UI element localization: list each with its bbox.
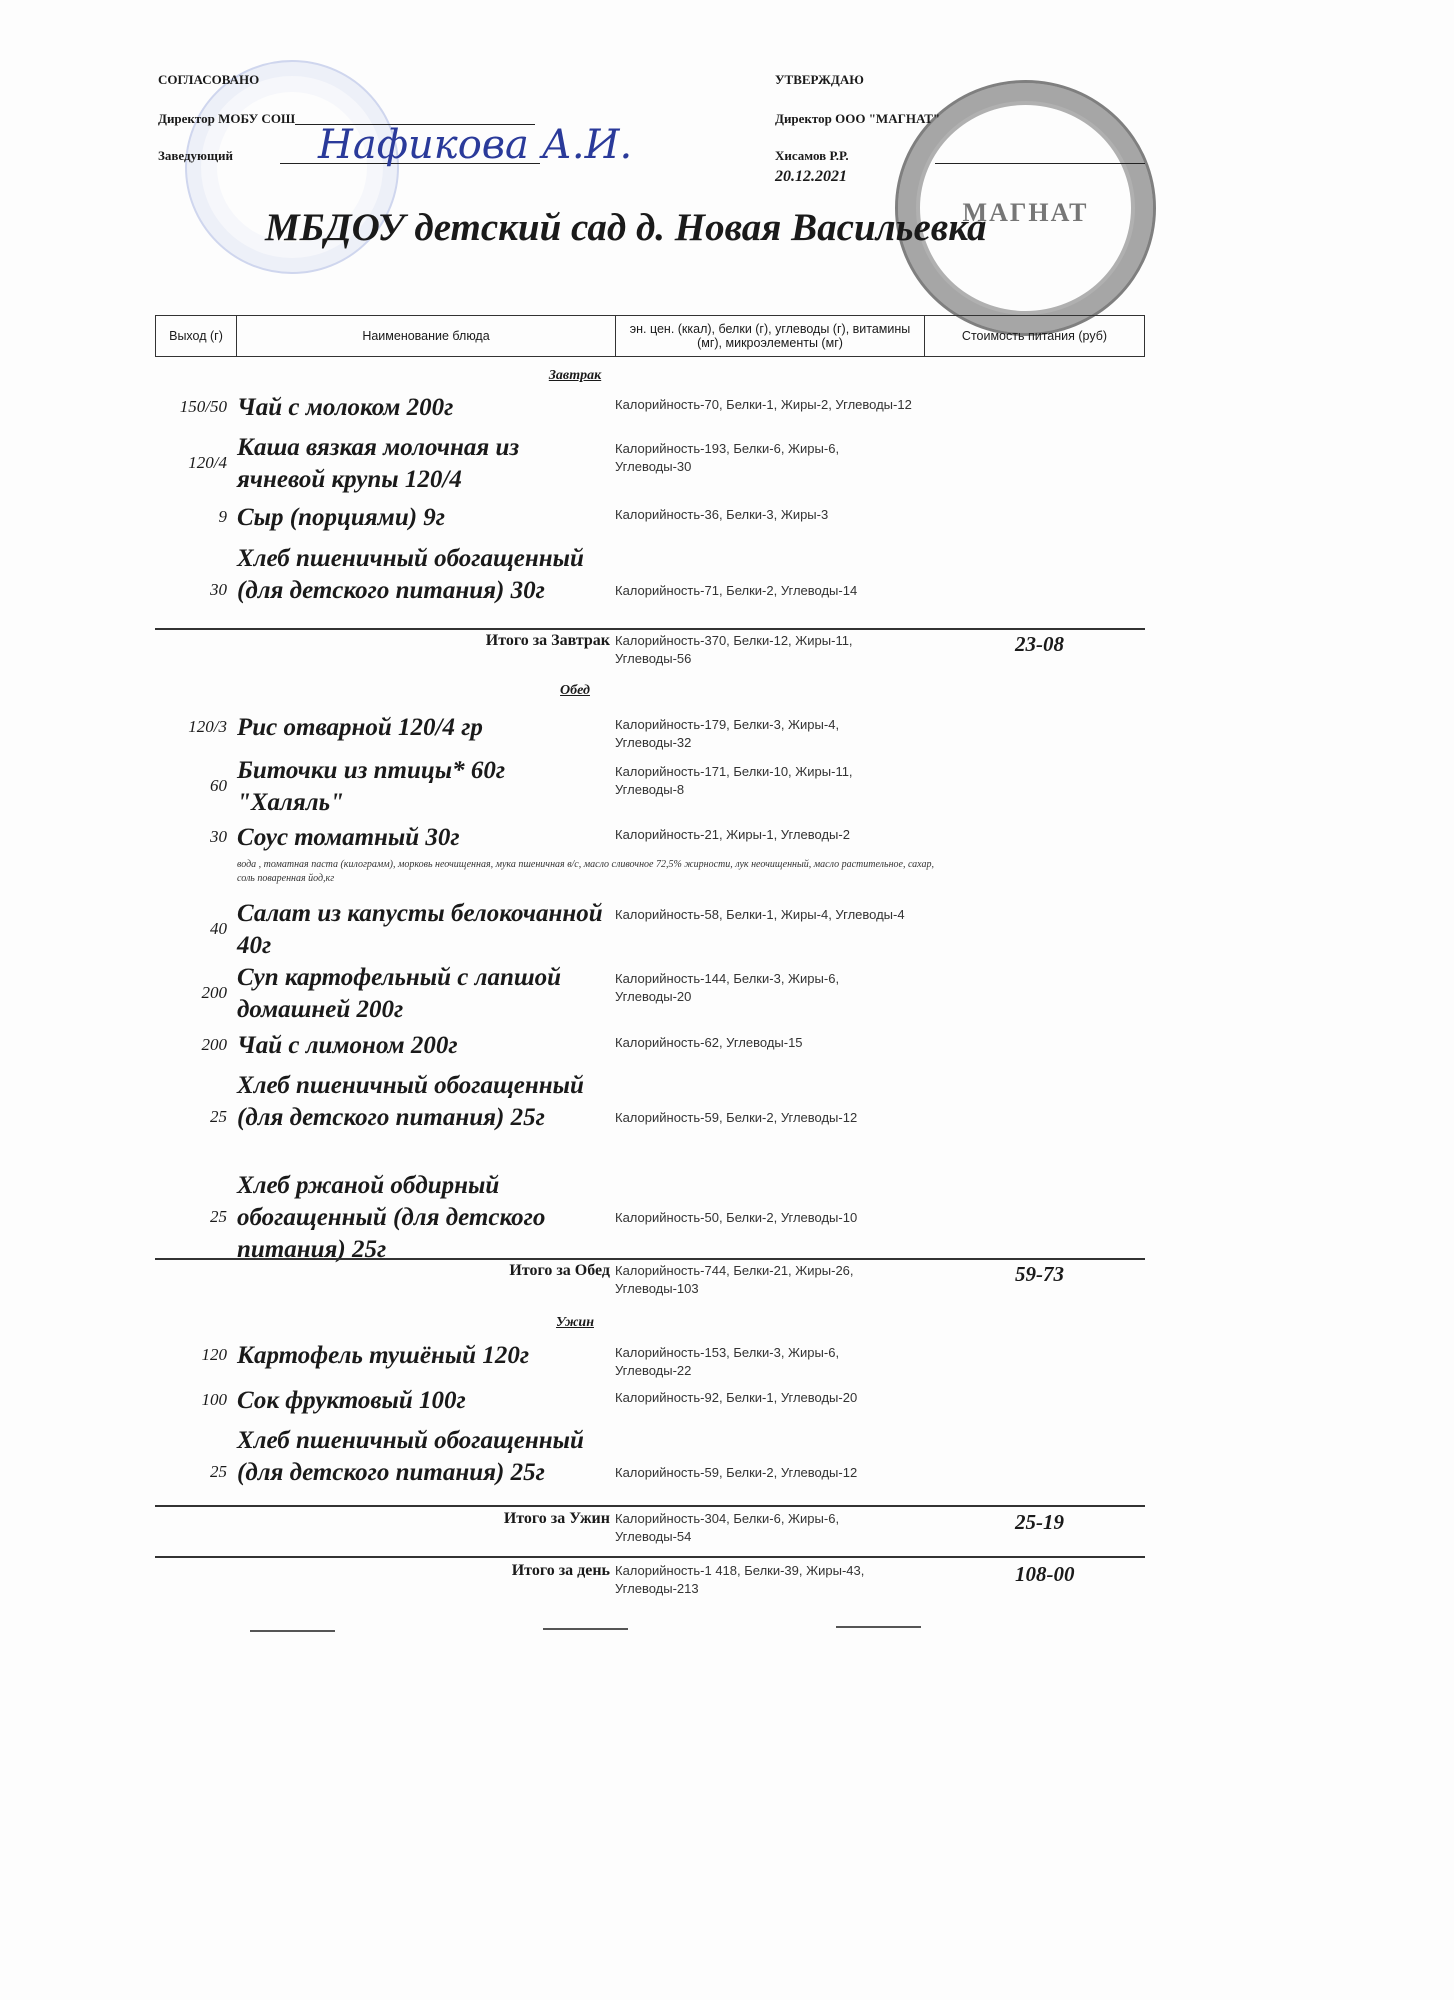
item-yield: 25 (155, 1207, 227, 1227)
menu-table-header: Выход (г) Наименование блюда эн. цен. (к… (155, 315, 1145, 357)
menu-item-row: 120/3Рис отварной 120/4 грКалорийность-1… (155, 712, 1145, 744)
item-nutrition: Калорийность-171, Белки-10, Жиры-11, Угл… (615, 763, 915, 799)
signature: Нафикова А.И. (318, 122, 632, 168)
item-nutrition: Калорийность-59, Белки-2, Углеводы-12 (615, 1109, 915, 1127)
item-yield: 120/4 (155, 453, 227, 473)
menu-item-row: 120Картофель тушёный 120гКалорийность-15… (155, 1340, 1145, 1372)
header-dish: Наименование блюда (237, 316, 616, 357)
menu-item-row: 25Хлеб пшеничный обогащенный (для детско… (155, 1070, 1145, 1166)
menu-item-row: 200Чай с лимоном 200гКалорийность-62, Уг… (155, 1030, 1145, 1062)
menu-item-row: 60Биточки из птицы* 60г "Халяль"Калорийн… (155, 755, 1145, 819)
item-dish-name: Хлеб пшеничный обогащенный (для детского… (237, 543, 607, 607)
section-heading: Ужин (556, 1315, 594, 1331)
section-total-row: Итого за ЗавтракКалорийность-370, Белки-… (155, 632, 1145, 672)
item-nutrition: Калорийность-193, Белки-6, Жиры-6, Углев… (615, 440, 915, 476)
item-nutrition: Калорийность-92, Белки-1, Углеводы-20 (615, 1389, 915, 1407)
item-dish-name: Суп картофельный с лапшой домашней 200г (237, 962, 607, 1026)
item-dish-name: Салат из капусты белокочанной 40г (237, 898, 607, 962)
page-title: МБДОУ детский сад д. Новая Васильевка (265, 205, 987, 250)
approval-date: 20.12.2021 (775, 168, 847, 186)
item-dish-name: Сыр (порциями) 9г (237, 502, 607, 534)
item-dish-name: Хлеб пшеничный обогащенный (для детского… (237, 1070, 607, 1134)
item-dish-name: Картофель тушёный 120г (237, 1340, 607, 1372)
section-total-nutrition: Калорийность-744, Белки-21, Жиры-26, Угл… (615, 1262, 915, 1298)
section-total-cost: 25-19 (1015, 1510, 1064, 1535)
day-total-nutrition: Калорийность-1 418, Белки-39, Жиры-43, У… (615, 1562, 915, 1598)
item-dish-name: Хлеб пшеничный обогащенный (для детского… (237, 1425, 607, 1489)
item-nutrition: Калорийность-21, Жиры-1, Углеводы-2 (615, 826, 915, 844)
menu-item-row: 100Сок фруктовый 100гКалорийность-92, Бе… (155, 1385, 1145, 1417)
menu-item-row: 30Соус томатный 30гКалорийность-21, Жиры… (155, 822, 1145, 854)
approval-role-left: Заведующий (158, 148, 233, 164)
section-total-nutrition: Калорийность-304, Белки-6, Жиры-6, Углев… (615, 1510, 915, 1546)
section-total-nutrition: Калорийность-370, Белки-12, Жиры-11, Угл… (615, 632, 915, 668)
item-yield: 30 (155, 827, 227, 847)
item-dish-name: Каша вязкая молочная из ячневой крупы 12… (237, 432, 607, 496)
header-cost: Стоимость питания (руб) (925, 316, 1145, 357)
approval-heading-right: УТВЕРЖДАЮ (775, 72, 864, 88)
item-dish-name: Рис отварной 120/4 гр (237, 712, 607, 744)
section-divider (155, 628, 1145, 630)
section-total-row: Итого за ОбедКалорийность-744, Белки-21,… (155, 1262, 1145, 1302)
day-total-row: Итого за деньКалорийность-1 418, Белки-3… (155, 1562, 1145, 1602)
day-divider (155, 1556, 1145, 1558)
item-yield: 9 (155, 507, 227, 527)
item-yield: 150/50 (155, 397, 227, 417)
item-dish-name: Чай с молоком 200г (237, 392, 607, 424)
header-nutrition: эн. цен. (ккал), белки (г), углеводы (г)… (616, 316, 925, 357)
section-total-label: Итого за Обед (509, 1262, 610, 1280)
item-yield: 200 (155, 983, 227, 1003)
item-yield: 120/3 (155, 717, 227, 737)
item-dish-name: Чай с лимоном 200г (237, 1030, 607, 1062)
approval-heading-left: СОГЛАСОВАНО (158, 72, 259, 88)
item-nutrition: Калорийность-58, Белки-1, Жиры-4, Углево… (615, 906, 915, 924)
item-yield: 60 (155, 776, 227, 796)
section-heading: Завтрак (549, 368, 601, 384)
menu-item-row: 30Хлеб пшеничный обогащенный (для детско… (155, 543, 1145, 639)
item-yield: 25 (155, 1462, 227, 1482)
menu-item-row: 9Сыр (порциями) 9гКалорийность-36, Белки… (155, 502, 1145, 534)
header-yield: Выход (г) (156, 316, 237, 357)
section-total-row: Итого за УжинКалорийность-304, Белки-6, … (155, 1510, 1145, 1550)
item-yield: 200 (155, 1035, 227, 1055)
section-divider (155, 1505, 1145, 1507)
approval-position-right: Директор ООО "МАГНАТ" (775, 111, 940, 127)
menu-item-row: 25Хлеб ржаной обдирный обогащенный (для … (155, 1170, 1145, 1266)
item-yield: 40 (155, 919, 227, 939)
item-yield: 25 (155, 1107, 227, 1127)
item-nutrition: Калорийность-62, Углеводы-15 (615, 1034, 915, 1052)
approver-name: Хисамов Р.Р. (775, 148, 849, 164)
item-nutrition: Калорийность-70, Белки-1, Жиры-2, Углево… (615, 396, 915, 414)
item-dish-name: Биточки из птицы* 60г "Халяль" (237, 755, 607, 819)
item-dish-name: Хлеб ржаной обдирный обогащенный (для де… (237, 1170, 607, 1266)
item-dish-name: Сок фруктовый 100г (237, 1385, 607, 1417)
item-nutrition: Калорийность-179, Белки-3, Жиры-4, Углев… (615, 716, 915, 752)
approval-position-left: Директор МОБУ СОШ (158, 111, 295, 127)
item-nutrition: Калорийность-36, Белки-3, Жиры-3 (615, 506, 915, 524)
item-yield: 30 (155, 580, 227, 600)
day-total-cost: 108-00 (1015, 1562, 1075, 1587)
item-ingredients-note: вода , томатная паста (килограмм), морко… (237, 858, 937, 886)
section-heading: Обед (560, 683, 590, 699)
section-total-cost: 23-08 (1015, 632, 1064, 657)
item-yield: 120 (155, 1345, 227, 1365)
section-total-label: Итого за Завтрак (486, 632, 610, 650)
item-nutrition: Калорийность-144, Белки-3, Жиры-6, Углев… (615, 970, 915, 1006)
menu-item-row: 150/50Чай с молоком 200гКалорийность-70,… (155, 392, 1145, 424)
section-total-label: Итого за Ужин (504, 1510, 610, 1528)
day-total-label: Итого за день (512, 1562, 610, 1580)
section-total-cost: 59-73 (1015, 1262, 1064, 1287)
section-divider (155, 1258, 1145, 1260)
item-yield: 100 (155, 1390, 227, 1410)
menu-item-row: 120/4Каша вязкая молочная из ячневой кру… (155, 432, 1145, 496)
item-dish-name: Соус томатный 30г (237, 822, 607, 854)
item-nutrition: Калорийность-71, Белки-2, Углеводы-14 (615, 582, 915, 600)
item-nutrition: Калорийность-50, Белки-2, Углеводы-10 (615, 1209, 915, 1227)
menu-item-row: 40Салат из капусты белокочанной 40гКалор… (155, 898, 1145, 962)
item-nutrition: Калорийность-59, Белки-2, Углеводы-12 (615, 1464, 915, 1482)
item-nutrition: Калорийность-153, Белки-3, Жиры-6, Углев… (615, 1344, 915, 1380)
menu-item-row: 200Суп картофельный с лапшой домашней 20… (155, 962, 1145, 1026)
